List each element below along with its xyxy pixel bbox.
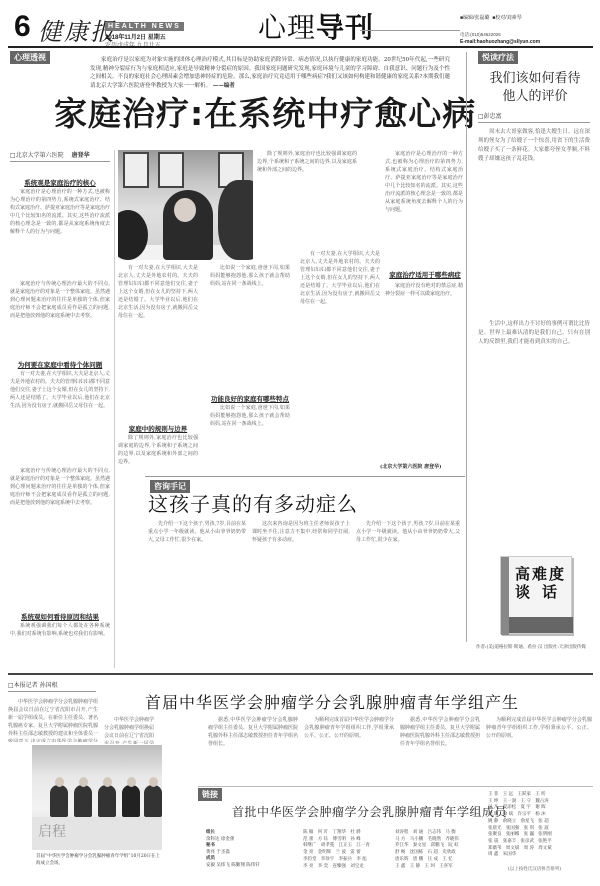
- paragraph: 有一对夫妻,在大学相识,大夫是北京人,丈夫是外地农村的。夫夫的管理妇妇妇都不同意…: [118, 264, 198, 419]
- editor: ■编辑/张磊璐: [460, 15, 489, 21]
- consult-headline: 这孩子真的有多动症么: [148, 488, 358, 517]
- paragraph: 家庭治疗与传统心理治疗最大的不同点,就是家庭治疗的对象是一个整体家庭。虽然遇到心…: [10, 280, 110, 360]
- subhead: 家庭中的规则与边界: [118, 424, 198, 433]
- subhead: 功能良好的家庭有哪些特点: [205, 394, 295, 403]
- right-column-rule: [466, 52, 467, 642]
- lead-byline: □北京大学第六医院唐登华: [10, 150, 110, 162]
- roster-note: (以上按姓氏汉语拼音排列): [508, 866, 561, 872]
- column-tag-psych: 心理透视: [10, 51, 50, 64]
- subhead: 为何要在家庭中看待个体问题: [10, 360, 110, 369]
- subhead: 家庭治疗适用于哪些病症: [385, 270, 465, 279]
- column-tag-reading: 悦读疗法: [478, 51, 518, 64]
- role-names: 黄亮 于圣淼: [206, 850, 230, 855]
- subhead: 系统观是家庭治疗的核心: [10, 178, 110, 187]
- paragraph: 比如说一个家庭,爸爸下岗,如果妈妈能够抱怨他,那么孩子就会帮助妈妈,站在同一条战…: [210, 264, 290, 384]
- book-caption: 作者:(美)道格拉斯·斯通、希拉·汉 出版社:天津出版传媒: [476, 644, 591, 651]
- section-title-bold: 导刊: [316, 11, 374, 44]
- byline-org: □北京大学第六医院: [10, 152, 64, 159]
- paragraph: 系统观强调我们每个人都处在各种系统中,我们对系统有影响,系统也对我们有影响。: [10, 622, 110, 667]
- editor-credits: ■编辑/张磊璐 ■校对/刘素琴: [460, 14, 522, 21]
- paragraph: 比如说一个家庭,爸爸下岗,如果妈妈能够抱怨他,那么孩子就会帮助妈妈,站在同一条战…: [210, 404, 290, 470]
- news-byline: □本报记者 孙国根: [8, 680, 96, 692]
- paragraph: 家庭治疗是心理治疗的一种方式,也被称为心理治疗的第四势力,系统式家庭治疗、结构式…: [385, 150, 463, 255]
- paragraph: 周末去大哥家做客,恰逢大嫂生日。远在深圳的侄女为了给嫂子一个惊喜,用省下的生活费…: [478, 128, 590, 318]
- paragraph: 中华医学会肿瘤学分会乳腺肿瘤学组换届会议日前在辽宁省沈阳市召开,产生新一届学组成…: [8, 698, 98, 742]
- intro-text: 家庭治疗是以家庭为对象实施的团体心理治疗模式,其目标是协助家庭消除异常、病态情况…: [90, 57, 450, 89]
- column-separator: [114, 150, 115, 668]
- roster-roles: 组长余科达 徐金蕾 秘书黄亮 于圣淼 成员安毅 吴炜飞 陈勤翔 陈伟钎: [206, 830, 306, 869]
- section-title: 心理导刊: [258, 6, 374, 46]
- right-headline-line2: 他人的评价: [476, 88, 594, 106]
- email-link[interactable]: E-mail:haohuozhang@sllyun.com: [460, 39, 540, 45]
- section-title-light: 心理: [258, 11, 316, 44]
- news-headline: 首届中华医学会肿瘤学分会乳腺肿瘤青年学组产生: [145, 690, 519, 713]
- paragraph: 中华医学会肿瘤学分会乳腺肿瘤学组换届会议日前在辽宁省沈阳市召开,产生新一届学组成…: [104, 716, 154, 744]
- page-number: 6: [14, 10, 31, 44]
- roster-names-col2: 刘涛程 刘 通 吕志伟 马 衡 马 方 马小鹏 毛晓然 齐晓伟 乔江华 秦文星 …: [395, 830, 459, 870]
- top-rule: [8, 46, 593, 48]
- paragraph: 先介绍一下这个孩子,男孩,7岁,目前在某重点小学一年级就读。他从小由爷爷奶奶带大…: [356, 520, 460, 668]
- column-tag-link: 链接: [198, 788, 222, 801]
- paragraph: 家庭治疗没有绝对的禁忌症,精神分裂症一样可以做家庭治疗。: [385, 282, 463, 458]
- roster-title: 首批中华医学会肿瘤学分会乳腺肿瘤青年学组成员: [232, 803, 507, 820]
- role-names: 余科达 徐金蕾: [206, 837, 234, 842]
- roster-names-col3: 王 菲 王 远 王跃家 王 昕 王 坤 王一澍 王 守 魏占涛 吴 凡 夏添松 …: [488, 792, 552, 859]
- group-photo: 启程: [32, 745, 162, 850]
- main-headline: 家庭治疗:在系统中疗愈心病: [54, 88, 454, 135]
- right-headline-line1: 我们该如何看待: [476, 70, 594, 88]
- therapy-session-photo: [118, 150, 253, 260]
- paragraph: 家庭治疗与传统心理治疗最大的不同点,就是家庭治疗的对象是一个整体家庭。虽然遇到心…: [10, 467, 110, 602]
- paragraph: 家庭治疗是心理治疗的一种方式,也被称为心理治疗的第四势力,系统式家庭治疗、结构式…: [10, 188, 110, 278]
- byline-author: 唐登华: [72, 152, 90, 159]
- mid-rule: [8, 673, 593, 675]
- section-divider: [145, 476, 465, 477]
- paragraph: 据悉,中华医学会肿瘤学分会乳腺肿瘤学组主任委员、复旦大学附属肿瘤医院乳腺外科主任…: [208, 716, 298, 782]
- paragraph: 先介绍一下这个孩子,男孩,7岁,目前在某重点小学一年级就读。他从小由爷爷奶奶带大…: [148, 520, 246, 668]
- source-note: (北京大学第六医院 唐登华): [380, 463, 441, 470]
- paragraph: 有一对夫妻,在大学相识,大夫是北京人,丈夫是外地农村的。夫夫的管理妇妇妇都不同意…: [300, 250, 380, 470]
- right-byline: □彭忠富: [478, 111, 590, 123]
- photo-banner: 启程: [32, 817, 162, 850]
- photo-caption: 首届“中华医学会肿瘤学分会乳腺肿瘤青年学组”10月20日在上海成立会场。: [36, 853, 161, 867]
- paragraph: 除了规则外,家庭治疗也比较强调家庭的边界,个系统和子系统之间的边界,以及家庭系统…: [118, 434, 198, 470]
- paragraph: 这次来咨询是因为班主任老师说孩子上课时坐不住,注意力不集中,经常和同学打闹,怀疑…: [252, 520, 350, 668]
- paragraph: 有一对夫妻,在大学相识,大夫是北京人,丈夫是外地农村的。夫夫的管理妇妇妇都不同意…: [10, 370, 110, 465]
- masthead-divider: [360, 30, 460, 31]
- book-cover-image: 高难度 谈话: [500, 556, 572, 634]
- paragraph: 据悉,中华医学会肿瘤学分会乳腺肿瘤学组主任委员、复旦大学附属肿瘤医院乳腺外科主任…: [400, 716, 480, 782]
- paragraph: 为顺利完成首届中华医学会肿瘤学分会乳腺肿瘤青年学组组织工作,学组秉承公平、公正、…: [304, 716, 394, 782]
- role-names: 安毅 吴炜飞 陈勤翔 陈伟钎: [206, 863, 260, 868]
- paragraph: 生活中,这样出力不讨好的事例可谓比比皆是。世界上最难认清的是我们自己。只有在别人…: [478, 320, 590, 548]
- subhead: 系统观如何看待原因和结果: [10, 612, 110, 621]
- roster-divider: [198, 786, 593, 787]
- paragraph: 为顺利完成首届中华医学会肿瘤学分会乳腺肿瘤青年学组组织工作,学组秉承公平、公正、…: [486, 716, 592, 782]
- phone: 电话:(010)64622026: [460, 32, 501, 38]
- roster-names-col1: 陈 翰 何 叮 丁翔华 杜 骅 范 蕾 方 钰 傅雪明 孙 峰 韩继广 胡孝蔓 …: [303, 830, 370, 870]
- paragraph: 除了规则外,家庭治疗也比较强调家庭的边界,个系统和子系统之间的边界,以及家庭系统…: [257, 150, 357, 250]
- editor-intro: 家庭治疗是以家庭为对象实施的团体心理治疗模式,其目标是协助家庭消除异常、病态情况…: [90, 56, 450, 90]
- right-headline: 我们该如何看待他人的评价: [476, 70, 594, 106]
- book-title-line2: 谈话: [515, 581, 569, 602]
- proofreader: ■校对/刘素琴: [492, 15, 521, 21]
- english-badge: HEALTH NEWS: [105, 22, 184, 31]
